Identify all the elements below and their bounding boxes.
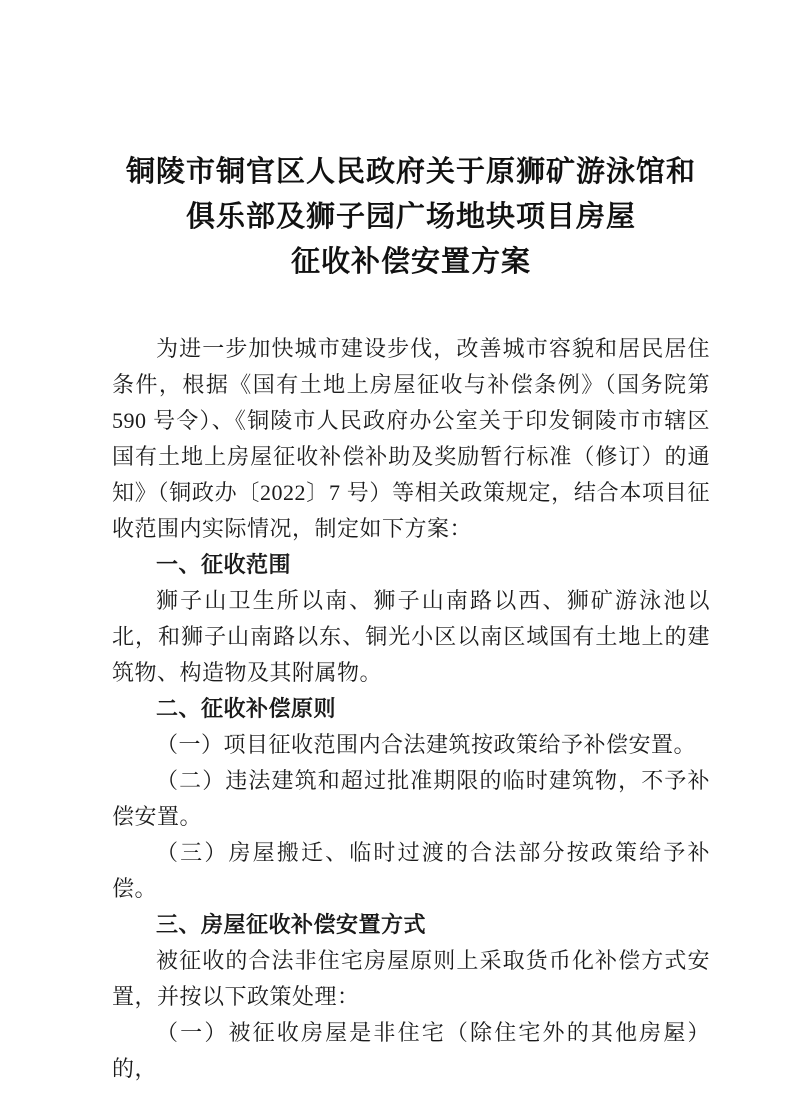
- section-2-item-3: （三）房屋搬迁、临时过渡的合法部分按政策给予补偿。: [112, 835, 710, 907]
- title-line-3: 征收补偿安置方案: [112, 240, 710, 285]
- intro-paragraph: 为进一步加快城市建设步伐，改善城市容貌和居民居住条件，根据《国有土地上房屋征收与…: [112, 331, 710, 547]
- page-number: - 5 -: [645, 1022, 699, 1042]
- section-2-item-1: （一）项目征收范围内合法建筑按政策给予补偿安置。: [112, 727, 710, 763]
- section-1-paragraph: 狮子山卫生所以南、狮子山南路以西、狮矿游泳池以北，和狮子山南路以东、铜光小区以南…: [112, 583, 710, 691]
- section-3-item-1: （一）被征收房屋是非住宅（除住宅外的其他房屋）的，: [112, 1015, 710, 1087]
- document-body: 为进一步加快城市建设步伐，改善城市容貌和居民居住条件，根据《国有土地上房屋征收与…: [112, 331, 710, 1087]
- section-2-item-2: （二）违法建筑和超过批准期限的临时建筑物，不予补偿安置。: [112, 763, 710, 835]
- document-page: 铜陵市铜官区人民政府关于原狮矿游泳馆和 俱乐部及狮子园广场地块项目房屋 征收补偿…: [0, 0, 801, 1116]
- section-heading-2: 二、征收补偿原则: [112, 691, 710, 727]
- document-title: 铜陵市铜官区人民政府关于原狮矿游泳馆和 俱乐部及狮子园广场地块项目房屋 征收补偿…: [112, 150, 710, 285]
- section-heading-3: 三、房屋征收补偿安置方式: [112, 907, 710, 943]
- title-line-2: 俱乐部及狮子园广场地块项目房屋: [112, 195, 710, 240]
- section-heading-1: 一、征收范围: [112, 547, 710, 583]
- title-line-1: 铜陵市铜官区人民政府关于原狮矿游泳馆和: [112, 150, 710, 195]
- section-3-paragraph: 被征收的合法非住宅房屋原则上采取货币化补偿方式安置，并按以下政策处理：: [112, 943, 710, 1015]
